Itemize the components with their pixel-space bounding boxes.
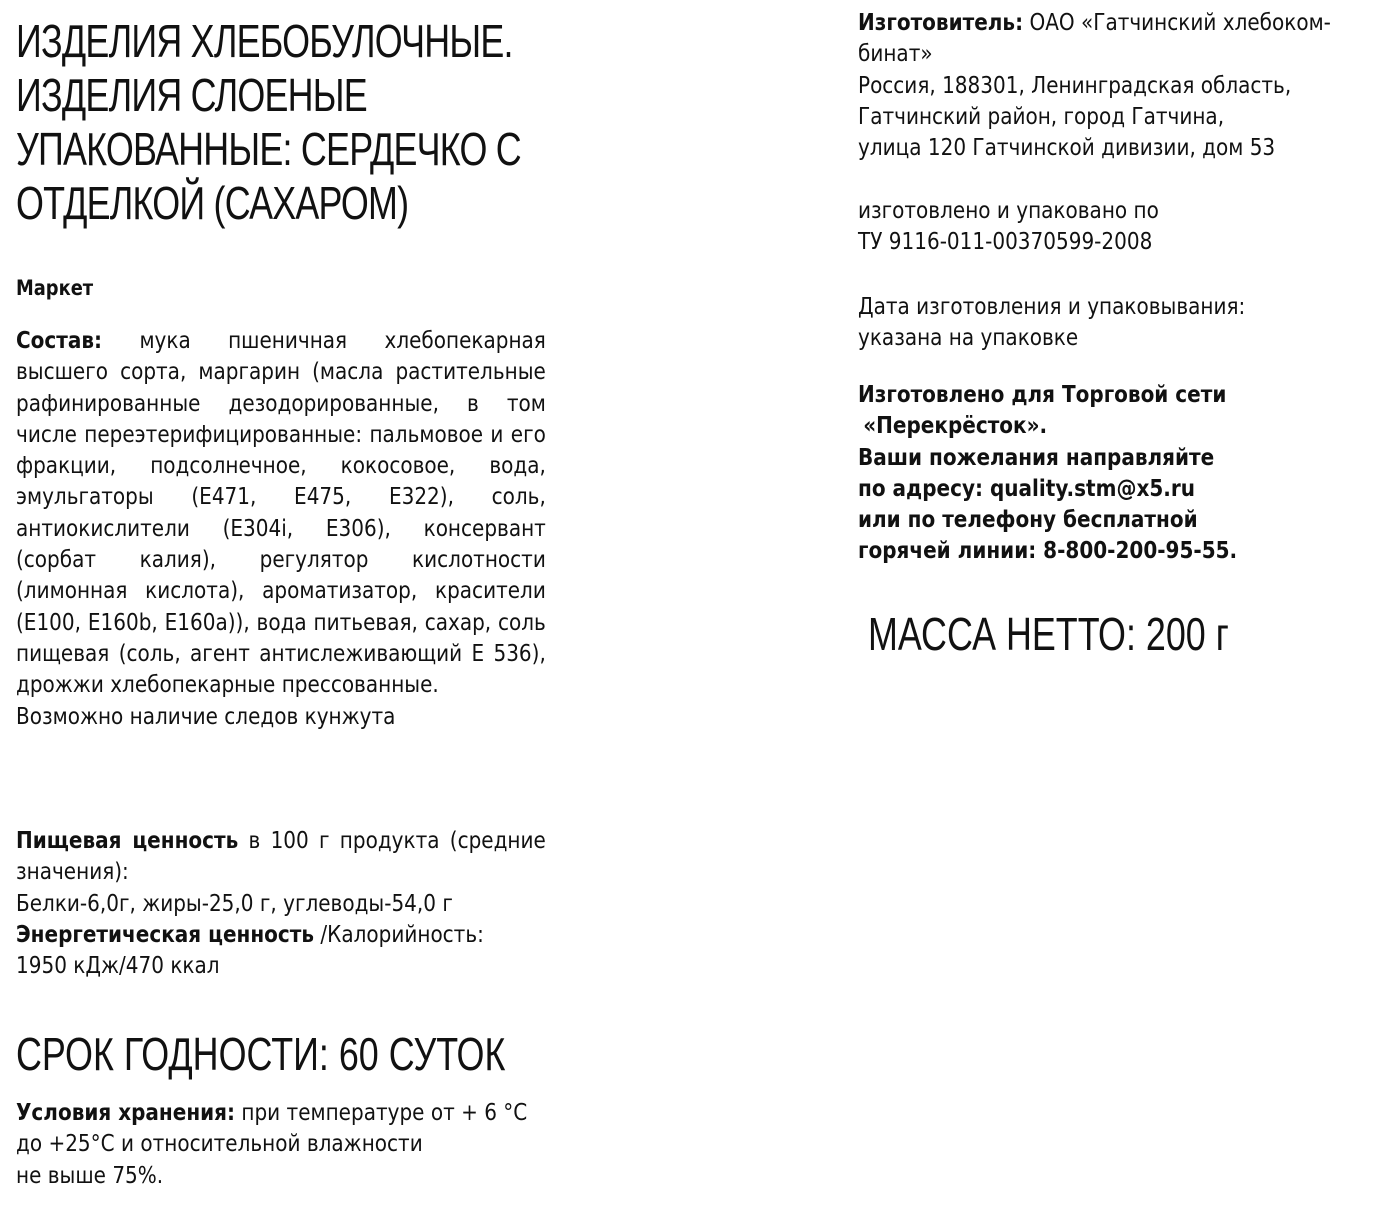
manufacturer-section: Изготовитель: ОАО «Гатчинский хлебоком- … bbox=[858, 8, 1400, 164]
shelf-life-heading: СРОК ГОДНОСТИ: 60 СУТОК bbox=[16, 1026, 505, 1082]
production-date-line: Дата изготовления и упаковывания: bbox=[858, 292, 1397, 323]
composition-section: Состав: мука пшеничная хлебопекарная выс… bbox=[16, 326, 546, 733]
production-date-line: указана на упаковке bbox=[858, 323, 1397, 354]
retailer-email-line: по адресу: quality.stm@x5.ru bbox=[858, 474, 1397, 505]
manufacturer-line: Изготовитель: ОАО «Гатчинский хлебоком- bbox=[858, 8, 1397, 39]
production-date-section: Дата изготовления и упаковывания: указан… bbox=[858, 292, 1400, 355]
standard-code: ТУ 9116-011-00370599-2008 bbox=[858, 227, 1397, 258]
nutrition-label: Пищевая ценность bbox=[16, 828, 238, 854]
production-date-text: Дата изготовления и упаковывания: указан… bbox=[858, 292, 1397, 355]
address-line: Гатчинский район, город Гатчина, bbox=[858, 102, 1397, 133]
storage-line: до +25°C и относительной влажности bbox=[16, 1129, 546, 1160]
energy-value: 1950 кДж/470 ккал bbox=[16, 951, 546, 982]
energy-label: Энергетическая ценность bbox=[16, 922, 314, 948]
allergen-note: Возможно наличие следов кунжута bbox=[16, 702, 546, 733]
storage-line: Условия хранения: при температуре от + 6… bbox=[16, 1098, 546, 1129]
brand-name: Маркет bbox=[16, 276, 93, 300]
retailer-text: Изготовлено для Торговой сети «Перекрёст… bbox=[858, 380, 1397, 568]
storage-line-text: при температуре от + 6 °C bbox=[235, 1100, 527, 1126]
title-line: ИЗДЕЛИЯ СЛОЕНЫЕ bbox=[16, 68, 554, 122]
storage-conditions: Условия хранения: при температуре от + 6… bbox=[16, 1098, 546, 1192]
manufacturer-text: Изготовитель: ОАО «Гатчинский хлебоком- … bbox=[858, 8, 1397, 164]
energy-suffix: /Калорийность: bbox=[314, 922, 484, 948]
energy-line: Энергетическая ценность /Калорийность: bbox=[16, 920, 546, 951]
composition-label: Состав: bbox=[16, 328, 102, 354]
composition-text: мука пшеничная хлебопекарная высшего сор… bbox=[16, 328, 546, 698]
nutrition-values: Белки-6,0г, жиры-25,0 г, углеводы-54,0 г bbox=[16, 889, 546, 920]
standard-line: изготовлено и упаковано по bbox=[858, 196, 1397, 227]
retailer-line: Ваши пожелания направляйте bbox=[858, 443, 1397, 474]
retailer-phone-line: горячей линии: 8-800-200-95-55. bbox=[858, 536, 1397, 567]
manufacturer-name-cont: бинат» bbox=[858, 39, 1397, 70]
standard-text: изготовлено и упаковано по ТУ 9116-011-0… bbox=[858, 196, 1397, 259]
retailer-line: Изготовлено для Торговой сети bbox=[858, 380, 1397, 411]
retailer-name: «Перекрёсток». bbox=[858, 411, 1397, 442]
net-weight-heading: МАССА НЕТТО: 200 г bbox=[868, 606, 1229, 662]
retailer-section: Изготовлено для Торговой сети «Перекрёст… bbox=[858, 380, 1400, 568]
address-line: улица 120 Гатчинской дивизии, дом 53 bbox=[858, 133, 1397, 164]
title-line: УПАКОВАННЫЕ: СЕРДЕЧКО С bbox=[16, 122, 554, 176]
retailer-line: или по телефону бесплатной bbox=[858, 505, 1397, 536]
address-line: Россия, 188301, Ленинградская область, bbox=[858, 71, 1397, 102]
title-line: ОТДЕЛКОЙ (САХАРОМ) bbox=[16, 176, 554, 230]
nutrition-section: Пищевая ценность в 100 г продукта (средн… bbox=[16, 826, 546, 982]
manufacturer-label: Изготовитель: bbox=[858, 10, 1023, 36]
title-line: ИЗДЕЛИЯ ХЛЕБОБУЛОЧНЫЕ. bbox=[16, 14, 554, 68]
standard-section: изготовлено и упаковано по ТУ 9116-011-0… bbox=[858, 196, 1400, 259]
storage-label: Условия хранения: bbox=[16, 1100, 235, 1126]
manufacturer-name: ОАО «Гатчинский хлебоком- bbox=[1023, 10, 1331, 36]
storage-line: не выше 75%. bbox=[16, 1161, 546, 1192]
product-title: ИЗДЕЛИЯ ХЛЕБОБУЛОЧНЫЕ. ИЗДЕЛИЯ СЛОЕНЫЕ У… bbox=[16, 14, 554, 230]
left-column: ИЗДЕЛИЯ ХЛЕБОБУЛОЧНЫЕ. ИЗДЕЛИЯ СЛОЕНЫЕ У… bbox=[16, 14, 546, 230]
